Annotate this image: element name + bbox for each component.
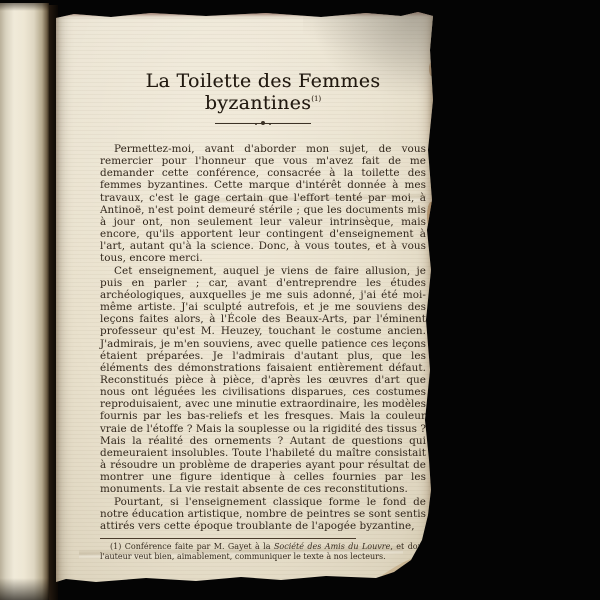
footnote-rule xyxy=(100,538,356,539)
paragraph-3: Pourtant, si l'enseignement classique fo… xyxy=(100,496,426,532)
footnote-italic-society-name: Société des Amis du Louvre xyxy=(274,542,390,551)
edge-stain xyxy=(429,330,435,348)
footnote: (1) Conférence faite par M. Gayet à la S… xyxy=(100,542,426,561)
page-title: La Toilette des Femmes byzantines(1) xyxy=(100,70,426,114)
printed-text-block: La Toilette des Femmes byzantines(1) Per… xyxy=(100,70,426,561)
paragraph-2: Cet enseignement, auquel je viens de fai… xyxy=(100,265,426,496)
left-strip-top-shadow xyxy=(0,3,49,11)
footnote-text-start: Conférence faite par M. Gayet à la xyxy=(125,542,274,551)
edge-stain xyxy=(429,62,434,76)
book-page: La Toilette des Femmes byzantines(1) Per… xyxy=(56,10,433,591)
footnote-marker: (1) xyxy=(110,542,121,551)
title-divider-ornament xyxy=(215,123,311,124)
page-title-text: La Toilette des Femmes byzantines xyxy=(146,70,381,114)
left-page-fore-edge xyxy=(0,3,49,600)
title-footnote-reference: (1) xyxy=(311,95,321,103)
divider-dots xyxy=(261,121,265,125)
left-strip-bottom-shadow xyxy=(0,578,49,600)
edge-stain xyxy=(427,202,435,230)
paragraph-1: Permettez-moi, avant d'aborder mon sujet… xyxy=(100,143,426,265)
book-photo: La Toilette des Femmes byzantines(1) Per… xyxy=(0,0,600,600)
